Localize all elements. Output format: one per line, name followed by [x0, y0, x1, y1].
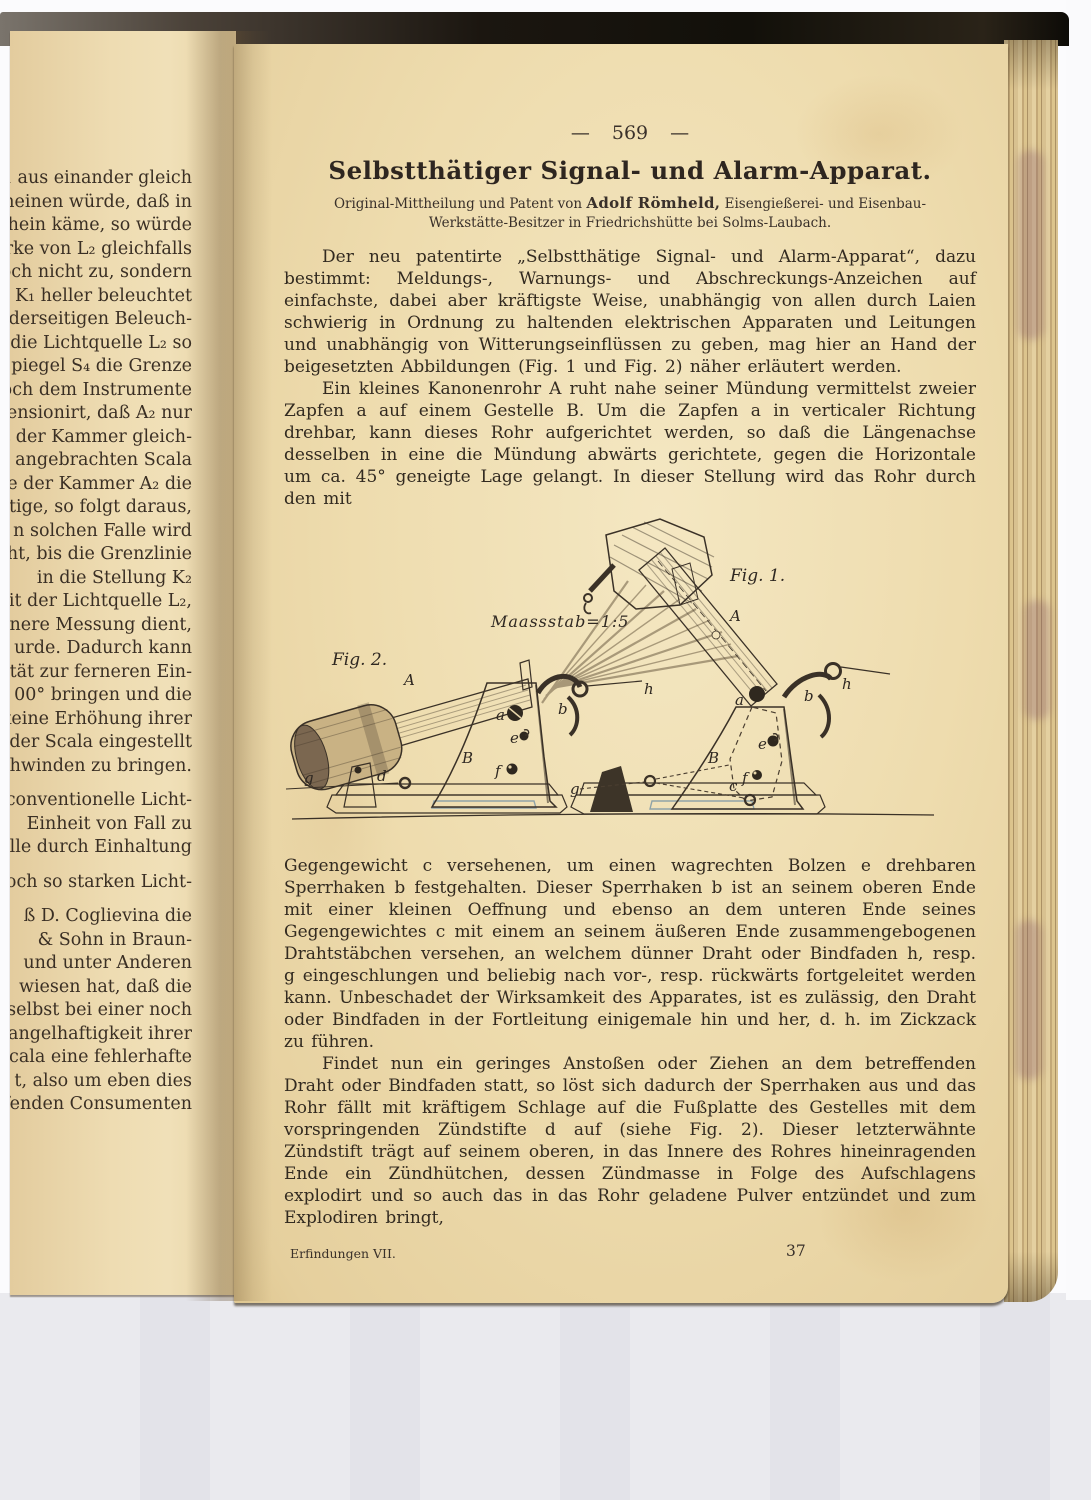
part-label-d: d [377, 767, 387, 785]
left-page-text-line: keine Erhöhung ihrer [14, 708, 192, 732]
left-page-text-line: ß D. Coglievina die [14, 905, 192, 929]
part-label-h-left: h [644, 680, 654, 698]
article-title: Selbstthätiger Signal- und Alarm-Apparat… [284, 156, 976, 185]
part-label-A-right: A [728, 607, 741, 625]
byline-suffix: Eisengießerei- und Eisenbau- [720, 196, 926, 212]
left-page-text-line: ffenden Consumenten [14, 1093, 192, 1117]
byline-line2: Werkstätte-Besitzer in Friedrichshütte b… [429, 215, 831, 231]
left-page-text-line: cala eine fehlerhafte [14, 1046, 192, 1070]
right-page: — 569 — Selbstthätiger Signal- und Alarm… [234, 44, 1008, 1303]
part-label-g-left: g [304, 769, 314, 787]
figure-drawing: Fig. 2. Fig. 1. Maassstab=1:5 A B a b d … [284, 517, 976, 847]
byline-prefix: Original-Mittheilung und Patent von [334, 196, 586, 212]
page-number-header: — 569 — [284, 122, 976, 144]
left-page-text-line: rnere Messung dient, [14, 614, 192, 638]
left-page-text-line: fte K₁ heller beleuchtet [14, 285, 192, 309]
scale-label: Maassstab=1:5 [490, 612, 629, 631]
part-label-A-left: A [402, 671, 415, 689]
left-page-text-gap [14, 894, 192, 905]
left-page-partial: K₁ aus einander gleichheinen würde, daß … [10, 31, 236, 1295]
part-label-e-left: e [510, 729, 519, 747]
left-page-text-column: K₁ aus einander gleichheinen würde, daß … [14, 167, 192, 1117]
left-page-text-line: wiesen hat, daß die [14, 976, 192, 1000]
left-page-text-line: och nicht zu, sondern [14, 261, 192, 285]
fig2-label: Fig. 2. [331, 650, 387, 670]
part-label-B-right: B [707, 749, 719, 767]
left-page-text-gap [14, 778, 192, 789]
left-page-text-gap [14, 860, 192, 871]
scanner-background-right [1066, 0, 1091, 1300]
left-page-text-line: n solchen Falle wird [14, 520, 192, 544]
signature-mark: Erfindungen VII. [290, 1246, 396, 1261]
left-page-text-line: ht, bis die Grenzlinie [14, 543, 192, 567]
part-label-h-right: h [842, 675, 852, 693]
part-label-c: c [729, 777, 738, 795]
part-label-g-right: g [570, 780, 580, 798]
book-cover-right-edge [1056, 24, 1069, 1308]
left-device-drawing [284, 660, 642, 813]
left-page-text-line: chwinden zu bringen. [14, 755, 192, 779]
part-label-f-left: f [494, 762, 503, 780]
page-footer: Erfindungen VII. 37 [284, 1242, 976, 1264]
sheet-number: 37 [786, 1242, 806, 1260]
fore-edge-smudge [1016, 920, 1042, 1080]
left-page-text-line: elle durch Einhaltung [14, 836, 192, 860]
left-page-text-line: e der Kammer A₂ die [14, 473, 192, 497]
part-label-b-left: b [558, 700, 568, 718]
fore-edge-smudge [1024, 600, 1050, 720]
byline-author: Adolf Römheld, [586, 194, 720, 212]
book-fore-edge-pages [1004, 40, 1058, 1302]
left-page-text-line: & Sohn in Braun- [14, 929, 192, 953]
left-page-text-line: r die Lichtquelle L₂ so [14, 332, 192, 356]
left-page-text-line: edoch dem Instrumente [14, 379, 192, 403]
left-page-text-line: conventionelle Licht- [14, 789, 192, 813]
left-page-text-line: 00° bringen und die [14, 684, 192, 708]
part-label-b-right: b [804, 687, 814, 705]
paragraph-4: Findet nun ein geringes Anstoßen oder Zi… [284, 1053, 976, 1229]
left-page-text-line: it der Lichtquelle L₂, [14, 590, 192, 614]
fig1-label: Fig. 1. [729, 566, 785, 586]
scanned-book-photo: { "scan": { "left_page": { "lines": [ "K… [0, 0, 1091, 1500]
motion-fan-rays [542, 581, 738, 703]
left-page-text-line: selbst bei einer noch [14, 999, 192, 1023]
part-label-B-left: B [461, 749, 473, 767]
left-page-text-line: tät zur ferneren Ein- [14, 661, 192, 685]
left-page-text-line: urde. Dadurch kann [14, 637, 192, 661]
left-page-text-line: t der Kammer gleich- [14, 426, 192, 450]
left-page-text-line: in die Stellung K₂ [14, 567, 192, 591]
left-page-text-line: Einheit von Fall zu [14, 813, 192, 837]
left-page-text-line: Mangelhaftigkeit ihrer [14, 1023, 192, 1047]
left-page-text-line: tige, so folgt daraus, [14, 496, 192, 520]
part-label-e-right: e [758, 735, 767, 753]
left-page-text-line: beiderseitigen Beleuch- [14, 308, 192, 332]
left-page-text-line: heinen würde, daß in [14, 191, 192, 215]
part-label-a-right: a [735, 691, 744, 709]
left-page-text-line: K₁ aus einander gleich [14, 167, 192, 191]
left-page-text-line: d angebrachten Scala [14, 449, 192, 473]
left-page-text-line: ärke von L₂ gleichfalls [14, 238, 192, 262]
left-page-text-line: ensionirt, daß A₂ nur [14, 402, 192, 426]
left-page-text-line: der Scala eingestellt [14, 731, 192, 755]
left-page-text-line: rschein käme, so würde [14, 214, 192, 238]
paragraph-1: Der neu patentirte „Selbstthätige Signal… [284, 246, 976, 378]
part-label-f-right: f [741, 769, 750, 787]
paragraph-2: Ein kleines Kanonenrohr A ruht nahe sein… [284, 378, 976, 510]
left-page-text-line: t, also um eben dies [14, 1070, 192, 1094]
scanner-background-bottom [0, 1293, 1091, 1500]
text-column: — 569 — Selbstthätiger Signal- und Alarm… [284, 44, 976, 1264]
paragraph-3: Gegengewicht c versehenen, um einen wagr… [284, 855, 976, 1053]
byline: Original-Mittheilung und Patent von Adol… [284, 194, 976, 233]
part-label-a-left: a [496, 706, 505, 724]
left-page-text-line: und unter Anderen [14, 952, 192, 976]
left-page-text-line: piegel S₄ die Grenze [14, 355, 192, 379]
fore-edge-smudge [1018, 150, 1044, 340]
left-page-text-line: och so starken Licht- [14, 871, 192, 895]
patent-figure: Fig. 2. Fig. 1. Maassstab=1:5 A B a b d … [284, 517, 976, 847]
